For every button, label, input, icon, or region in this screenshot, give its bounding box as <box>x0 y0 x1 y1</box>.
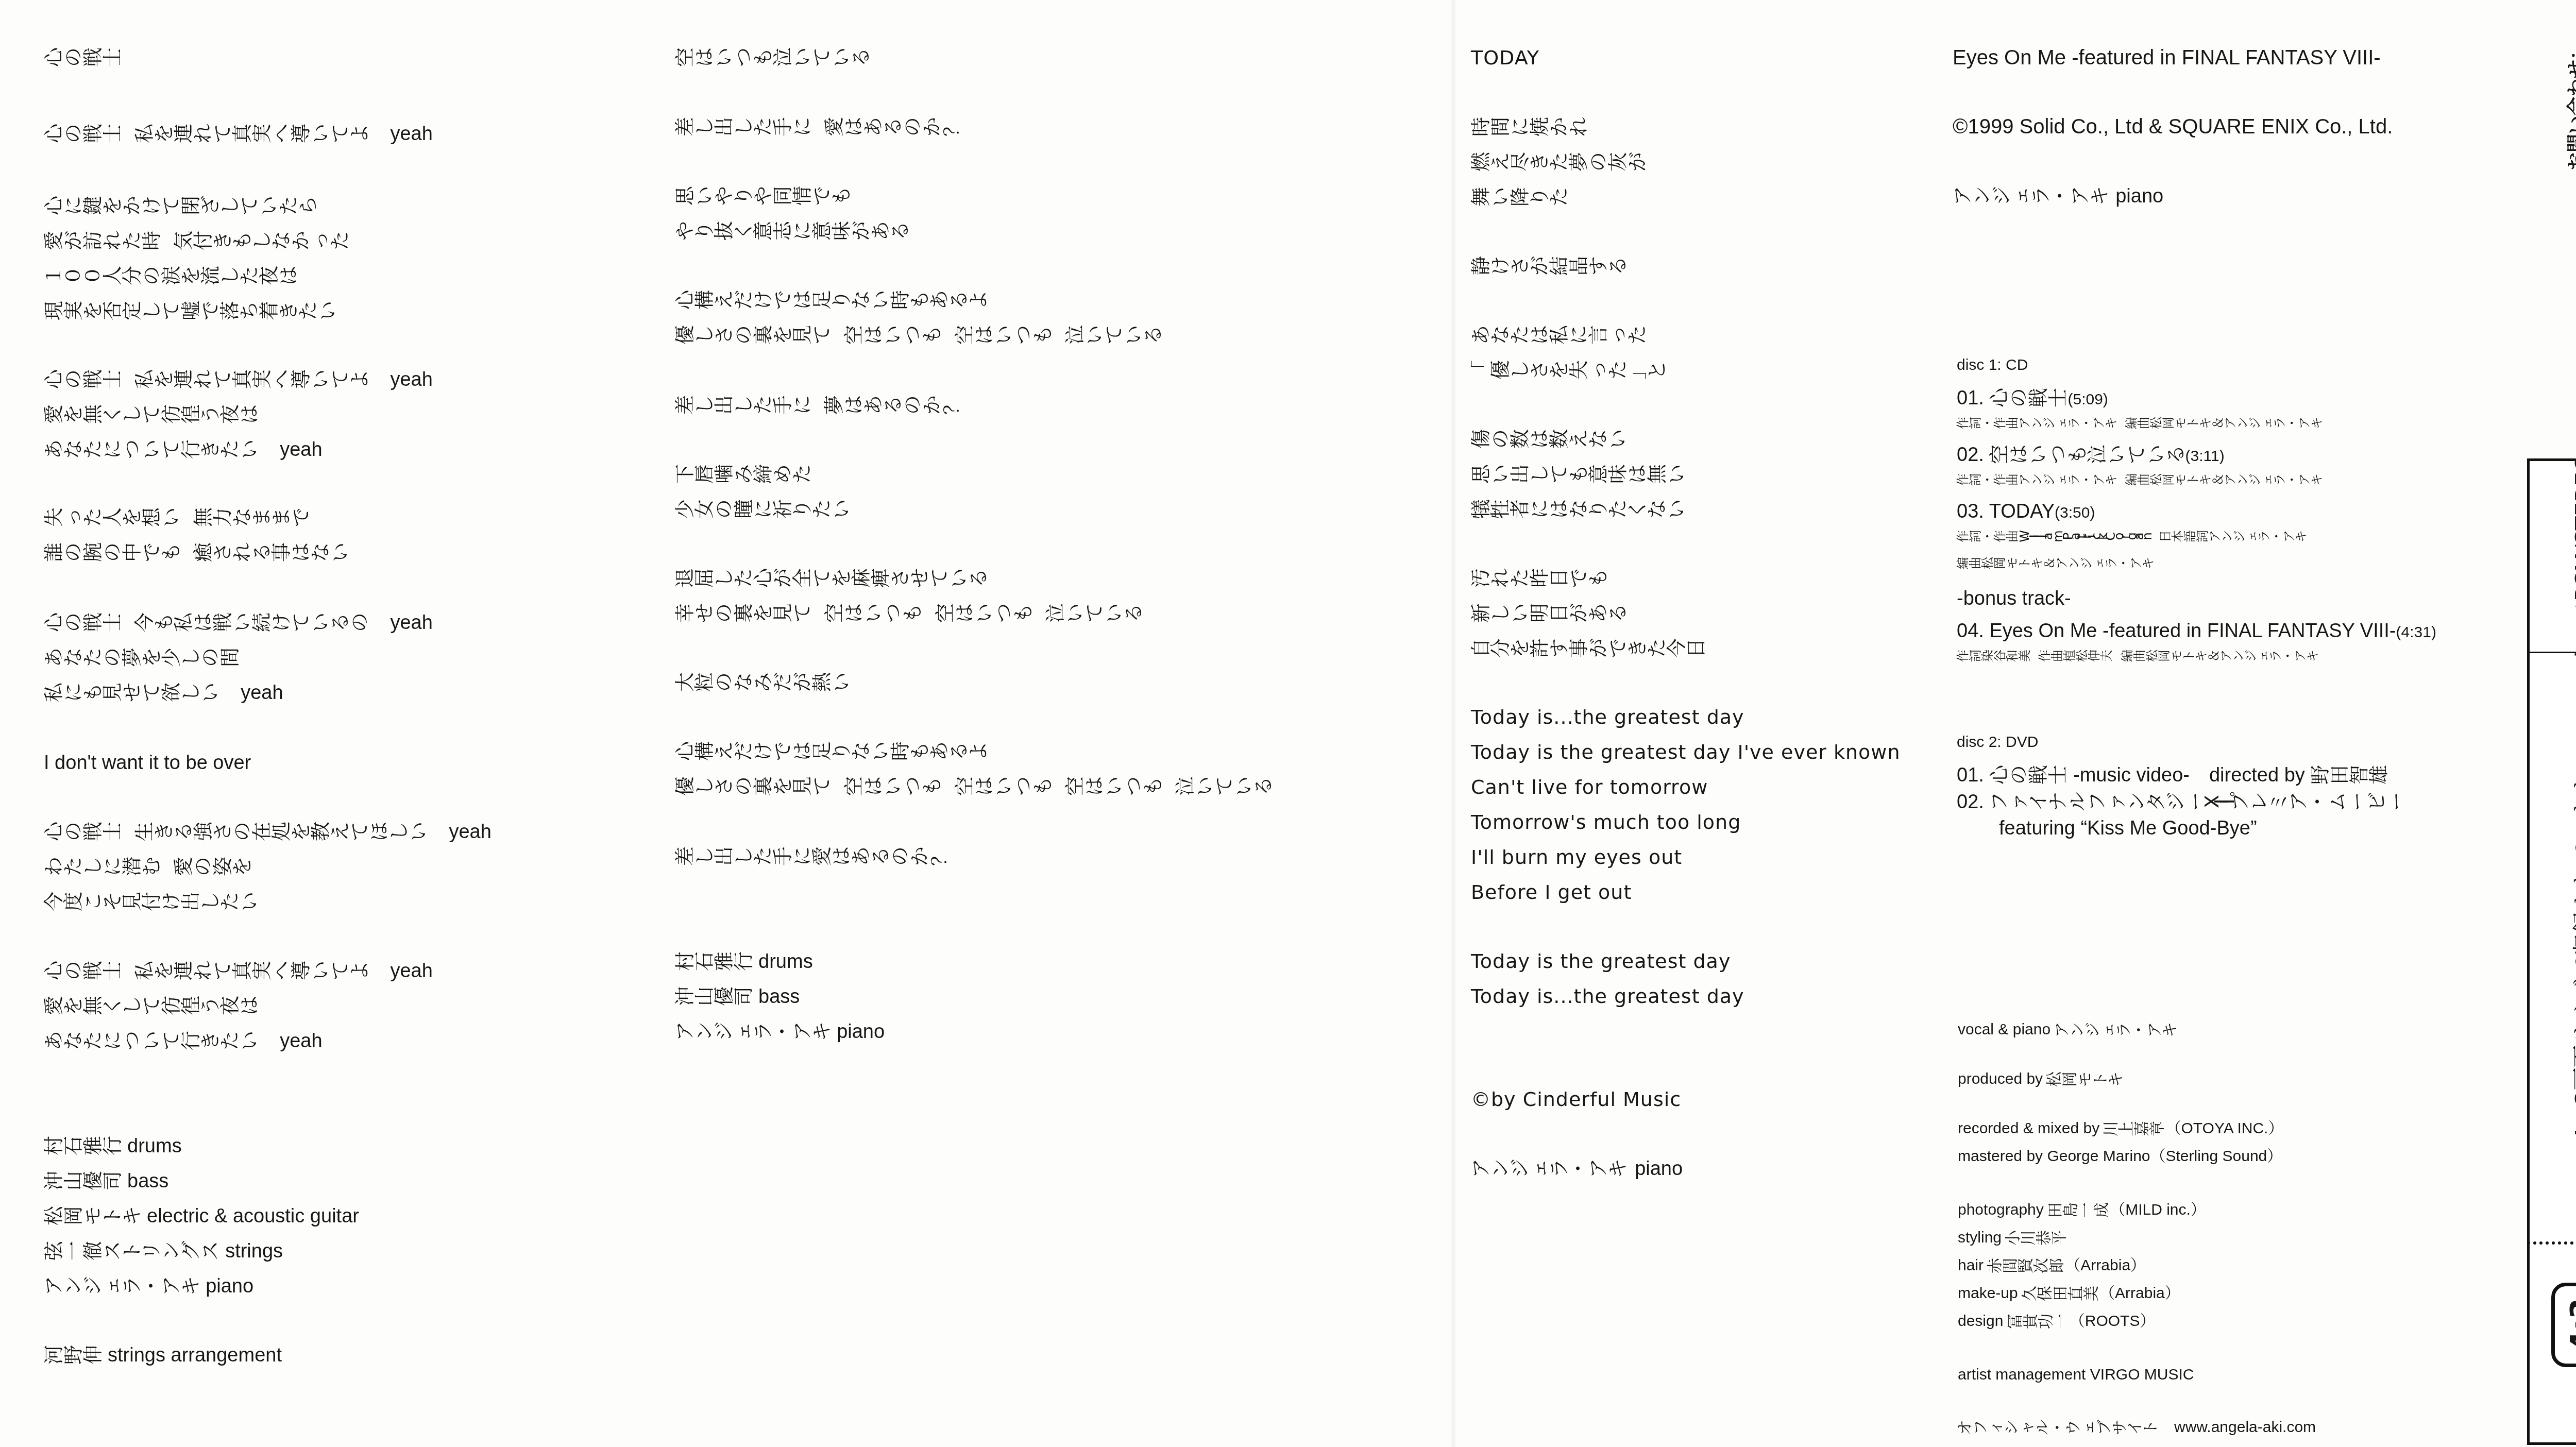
lyric-line-en: I'll burn my eyes out <box>1471 845 1682 870</box>
lyric-jp: 少女の瞳に祈りたい <box>675 497 851 521</box>
track-item: 03. TODAY(3:50) <box>1957 499 2095 524</box>
today-credit: アンジェラ・アキpiano <box>1471 1156 1683 1181</box>
lyric-line: 大粒のなみだが熱い <box>675 670 851 694</box>
lyric-jp: 傷の数は数えない <box>1471 427 1628 451</box>
staff-name: 川上嘉章 <box>2104 1119 2165 1138</box>
musician-credit: 村石雅行drums <box>44 1133 182 1159</box>
lyric-jp: 差し出した手に 愛はあるのか？ <box>675 114 961 139</box>
track-credit-text: 作詞 染谷和美 作曲 植松伸夫 編曲 松岡モトキ＆アンジェラ・アキ <box>1957 648 2319 663</box>
track-item: 04. Eyes On Me -featured in FINAL FANTAS… <box>1957 618 2436 643</box>
musician-role: bass <box>758 986 800 1008</box>
track-number: 02. <box>1957 791 1989 813</box>
lyric-line: 優しさの裏を見て 空はいつも 空はいつも 空はいつも 泣いている <box>675 774 1273 798</box>
dvd-spec-panel: リニアPCM/STEREO 4：3画面サイズで収録されています。 4:3 ●この… <box>2519 458 2576 1447</box>
musician-name: 村石雅行 <box>44 1133 122 1158</box>
dvd-track-subtitle: -music video- directed by <box>2067 764 2310 786</box>
lyric-line: 心の戦士 生きる強さの在処を教えてほしいyeah <box>44 819 492 844</box>
track-duration: (4:31) <box>2396 624 2436 641</box>
track-number: 01. <box>1957 764 1989 786</box>
staff-name: オフィシャル・ウェブサイト <box>1958 1418 2159 1437</box>
lyric-jp: 思い出しても意味は無い <box>1471 462 1686 486</box>
musician-role: drums <box>127 1135 182 1157</box>
today-copyright: ©by Cinderful Music <box>1471 1087 1681 1112</box>
track-title: TODAY <box>1989 501 2055 522</box>
lyric-jp: 愛が訪れた時 気付きもしなかった <box>44 228 350 253</box>
musician-credit: 河野伸strings arrangement <box>44 1342 282 1368</box>
track-credit: 編曲 松岡モトキ＆アンジェラ・アキ <box>1957 555 2155 571</box>
song-title-today: TODAY <box>1471 45 1539 70</box>
credit-role: piano <box>1635 1158 1683 1180</box>
lyric-line: 時間に焼かれ <box>1471 114 1588 139</box>
lyric-jp: 優しさの裏を見て 空はいつも 空はいつも 空はいつも 泣いている <box>675 774 1273 798</box>
musician-credit: 弦一徹ストリングスstrings <box>44 1238 283 1264</box>
lyric-jp: 時間に焼かれ <box>1471 114 1588 139</box>
lyric-jp: 幸せの裏を見て 空はいつも 空はいつも 泣いている <box>675 601 1143 625</box>
lyric-jp: 愛を無くして彷徨う夜は <box>44 402 259 427</box>
disc1-label: disc 1: CD <box>1957 355 2028 375</box>
lyric-jp: 大粒のなみだが熱い <box>675 670 851 694</box>
lyric-line: １００人分の涙を流した夜は <box>44 263 298 288</box>
track-duration: (3:11) <box>2185 448 2225 465</box>
musician-name: アンジェラ・アキ <box>675 1019 832 1044</box>
staff-role: make-up <box>1958 1285 2022 1302</box>
lyric-line: 差し出した手に愛はあるのか？ <box>675 844 949 869</box>
track-title: 空はいつも泣いている <box>1989 442 2185 467</box>
lyric-line-en: Can't live for tomorrow <box>1471 775 1708 799</box>
musician-name: 河野伸 <box>44 1342 103 1367</box>
lyric-jp: 燃え尽きた夢の灰が <box>1471 149 1647 174</box>
lyric-yeah: yeah <box>390 123 432 145</box>
staff-role: artist management VIRGO MUSIC <box>1958 1366 2194 1383</box>
lyric-jp: 心構えだけでは足りない時もあるよ <box>675 287 988 312</box>
lyric-line: 「優しさを失った」と <box>1471 358 1667 382</box>
lyric-line: 心の戦士 私を連れて真実へ導いてよyeah <box>44 367 433 392</box>
lyric-line-en: Today is the greatest day I've ever know… <box>1471 740 1901 764</box>
lyric-line: 空はいつも泣いている <box>675 45 871 70</box>
lyric-line: 心の戦士 今も私は戦い続けているのyeah <box>44 610 433 635</box>
lyric-jp: 思いやりや同情でも <box>675 183 851 208</box>
lyric-jp: 心構えだけでは足りない時もあるよ <box>675 739 988 763</box>
musician-name: 弦一徹ストリングス <box>44 1238 220 1263</box>
lyric-line: あなたについて行きたいyeah <box>44 1028 323 1053</box>
director-name: 野田智雄 <box>2310 762 2388 787</box>
musician-credit: 村石雅行drums <box>675 949 813 974</box>
staff-credit: design 冨貴功一（ROOTS） <box>1958 1312 2155 1331</box>
lyric-line: 思いやりや同情でも <box>675 183 851 208</box>
eyes-on-me-credit: アンジェラ・アキ piano <box>1953 183 2163 209</box>
credit-name: アンジェラ・アキ <box>1953 183 2109 208</box>
dvd-track-item: 01. 心の戦士 -music video- directed by 野田智雄 <box>1957 762 2388 788</box>
staff-credit: mastered by George Marino（Sterling Sound… <box>1958 1147 2282 1166</box>
track-duration: (5:09) <box>2067 391 2108 408</box>
eyes-on-me-copyright: ©1999 Solid Co., Ltd & SQUARE ENIX Co., … <box>1953 114 2393 139</box>
staff-credit: オフィシャル・ウェブサイトwww.angela-aki.com <box>1958 1418 2316 1437</box>
lyric-line: 犠牲者にはなりたくない <box>1471 497 1686 521</box>
lyric-jp: 心の戦士 今も私は戦い続けているの <box>44 610 369 635</box>
staff-affiliation: （ROOTS） <box>2070 1313 2156 1330</box>
lyric-jp: 愛を無くして彷徨う夜は <box>44 993 259 1018</box>
musician-role: piano <box>837 1021 885 1043</box>
staff-credit: styling 小川恭平 <box>1958 1228 2067 1248</box>
lyric-line: 差し出した手に 愛はあるのか？ <box>675 114 961 139</box>
bonus-track-label: -bonus track- <box>1957 586 2071 611</box>
musician-role: piano <box>206 1275 253 1297</box>
lyric-yeah: yeah <box>280 439 322 461</box>
lyric-jp: 優しさの裏を見て 空はいつも 空はいつも 泣いている <box>675 322 1163 347</box>
lyric-line-en: Tomorrow's much too long <box>1471 810 1741 835</box>
lyric-line: 傷の数は数えない <box>1471 427 1628 451</box>
lyric-line: I don't want it to be over <box>44 750 251 775</box>
lyric-line: 心構えだけでは足りない時もあるよ <box>675 287 988 312</box>
staff-role: styling <box>1958 1229 2006 1246</box>
musician-credit: アンジェラ・アキpiano <box>44 1273 253 1299</box>
track-credit-text: 作詞・作曲 アンジェラ・アキ 編曲 松岡モトキ＆アンジェラ・アキ <box>1957 415 2323 431</box>
musician-name: 沖山優司 <box>675 984 753 1009</box>
staff-credit: produced by 松岡モトキ <box>1958 1069 2124 1089</box>
lyric-jp: 私にも見せて欲しい <box>44 680 220 705</box>
lyric-jp: あなたについて行きたい <box>44 1028 259 1053</box>
staff-role: vocal & piano <box>1958 1021 2055 1038</box>
musician-credit: 松岡モトキelectric & acoustic guitar <box>44 1203 359 1229</box>
track-credit: 作詞・作曲 アンジェラ・アキ 編曲 松岡モトキ＆アンジェラ・アキ <box>1957 415 2323 431</box>
musician-credit: 沖山優司bass <box>44 1168 168 1194</box>
lyric-jp: 下唇噛み締めた <box>675 462 812 486</box>
musician-role: strings arrangement <box>108 1344 282 1366</box>
staff-affiliation: （MILD inc.） <box>2110 1201 2206 1218</box>
track-number: 01. <box>1957 387 1989 409</box>
lyric-line: 愛を無くして彷徨う夜は <box>44 993 259 1018</box>
lyric-jp: 心の戦士 私を連れて真実へ導いてよ <box>44 121 369 146</box>
booklet-fold-crease <box>1450 0 1456 1447</box>
lyric-en: I don't want it to be over <box>44 752 251 774</box>
lyric-line: 現実を否定して嘘で落ち着きたい <box>44 298 337 323</box>
track-title: 04. Eyes On Me -featured in FINAL FANTAS… <box>1957 620 2396 642</box>
musician-name: アンジェラ・アキ <box>44 1273 200 1298</box>
lyric-line: あなたの夢を少しの間 <box>44 645 240 670</box>
dvd-track-title: 心の戦士 <box>1989 762 2067 787</box>
lyric-jp: あなたは私に言った <box>1471 322 1647 347</box>
lyric-line: 静けさが結晶する <box>1471 253 1628 278</box>
lyric-line-en: Before I get out <box>1471 880 1632 905</box>
staff-credit: photography 田島一成（MILD inc.） <box>1958 1200 2206 1220</box>
lyric-line-en: Today is the greatest day <box>1471 949 1731 974</box>
lyric-line: 退屈した心が全てを麻痺させている <box>675 566 988 590</box>
track-credit-text: 編曲 松岡モトキ＆アンジェラ・アキ <box>1957 555 2155 571</box>
aspect-ratio-text: 4：3画面サイズで収録されています。 <box>2566 754 2576 1142</box>
lyric-line: 差し出した手に 夢はあるのか？ <box>675 393 961 417</box>
musician-role: electric & acoustic guitar <box>147 1205 359 1227</box>
musician-role: drums <box>758 951 813 973</box>
musician-role: bass <box>127 1170 168 1192</box>
lyric-line: 自分を許す事ができた今日 <box>1471 636 1706 660</box>
lyric-jp: 汚れた昨日でも <box>1471 566 1608 590</box>
track-title: 心の戦士 <box>1989 385 2067 410</box>
lyric-yeah: yeah <box>280 1030 322 1052</box>
lyric-line: 誰の腕の中でも 癒される事はない <box>44 540 350 565</box>
track-item: 01. 心の戦士(5:09) <box>1957 385 2108 411</box>
track-item: 02. 空はいつも泣いている(3:11) <box>1957 442 2225 467</box>
lyric-jp: 心の戦士 生きる強さの在処を教えてほしい <box>44 819 428 844</box>
lyric-jp: 舞い降りた <box>1471 184 1569 209</box>
lyric-line: 汚れた昨日でも <box>1471 566 1608 590</box>
lyric-jp: 心の戦士 <box>44 45 122 70</box>
staff-role: photography <box>1958 1201 2048 1218</box>
staff-affiliation: www.angela-aki.com <box>2174 1419 2316 1436</box>
lyric-line: あなたは私に言った <box>1471 322 1647 347</box>
lyric-line: 今度こそ見付け出したい <box>44 889 259 914</box>
staff-role: produced by <box>1958 1070 2047 1087</box>
audio-format-label: リニアPCM/STEREO <box>2566 454 2576 669</box>
lyric-yeah: yeah <box>390 369 432 390</box>
musician-credit: アンジェラ・アキpiano <box>675 1019 885 1044</box>
staff-name: 冨貴功一 <box>2008 1312 2070 1331</box>
staff-name: 田島一成 <box>2048 1200 2110 1220</box>
staff-credit: artist management VIRGO MUSIC <box>1958 1365 2194 1385</box>
lyric-line: 燃え尽きた夢の灰が <box>1471 149 1647 174</box>
lyric-line: 失った人を想い 無力なままで <box>44 505 311 530</box>
musician-name: 沖山優司 <box>44 1168 122 1193</box>
contact-label: お問い合わせ： <box>2568 41 2576 171</box>
staff-role: hair <box>1958 1257 1988 1274</box>
lyric-yeah: yeah <box>390 612 432 634</box>
lyric-line: 心構えだけでは足りない時もあるよ <box>675 739 988 763</box>
lyric-line: 少女の瞳に祈りたい <box>675 497 851 521</box>
lyric-jp: １００人分の涙を流した夜は <box>44 263 298 288</box>
lyric-jp: わたしに潜む 愛の姿を <box>44 854 252 879</box>
lyric-line: 私にも見せて欲しいyeah <box>44 680 283 705</box>
staff-credit: vocal & piano アンジェラ・アキ <box>1958 1020 2178 1040</box>
lyric-line: 幸せの裏を見て 空はいつも 空はいつも 泣いている <box>675 601 1143 625</box>
lyric-line-en: Today is...the greatest day <box>1471 705 1744 729</box>
lyric-line: 下唇噛み締めた <box>675 462 812 486</box>
staff-name: 小川恭平 <box>2006 1228 2067 1248</box>
lyric-jp: 失った人を想い 無力なままで <box>44 505 311 530</box>
disc2-label: disc 2: DVD <box>1957 733 2038 752</box>
staff-affiliation: （Arrabia） <box>2065 1257 2146 1274</box>
staff-role: mastered by George Marino（Sterling Sound… <box>1958 1148 2282 1165</box>
lyric-line: 心の戦士 私を連れて真実へ導いてよyeah <box>44 121 433 146</box>
lyric-yeah: yeah <box>241 682 283 704</box>
staff-credit: hair 赤間賢次郎（Arrabia） <box>1958 1256 2146 1275</box>
lyric-line: わたしに潜む 愛の姿を <box>44 854 252 879</box>
dvd-track-title: ファイナルファンタジーXII プレミア・ムービー <box>1989 789 2406 814</box>
track-number: 02. <box>1957 444 1989 466</box>
aspect-ratio-badge: 4:3 <box>2551 1283 2576 1367</box>
track-number: 03. <box>1957 501 1989 522</box>
dvd-track-featuring: featuring “Kiss Me Good-Bye” <box>1999 816 2257 841</box>
staff-credit: make-up 久保田直美（Arrabia） <box>1958 1284 2180 1303</box>
format-divider-dotted <box>2527 1241 2576 1245</box>
lyric-jp: 心の戦士 私を連れて真実へ導いてよ <box>44 958 369 983</box>
lyric-jp: 心の戦士 私を連れて真実へ導いてよ <box>44 367 369 391</box>
lyric-jp: 新しい明日がある <box>1471 601 1628 625</box>
credit-role: piano <box>2115 185 2163 207</box>
musician-credit: 沖山優司bass <box>675 984 800 1009</box>
staff-name: 松岡モトキ <box>2047 1069 2124 1089</box>
lyric-line: 心の戦士 <box>44 45 122 70</box>
staff-credit: recorded & mixed by 川上嘉章（OTOYA INC.） <box>1958 1119 2283 1138</box>
lyric-jp: 「優しさを失った」と <box>1471 358 1667 382</box>
lyric-jp: 今度こそ見付け出したい <box>44 889 259 914</box>
staff-name: 久保田直美 <box>2022 1284 2099 1303</box>
staff-role: design <box>1958 1313 2008 1330</box>
credit-name: アンジェラ・アキ <box>1471 1156 1628 1181</box>
staff-role: recorded & mixed by <box>1958 1120 2104 1137</box>
staff-name: アンジェラ・アキ <box>2055 1020 2178 1040</box>
lyric-line: 心に鍵をかけて閉ざしていたら <box>44 193 318 218</box>
musician-role: strings <box>225 1240 283 1262</box>
lyric-line-en: Today is...the greatest day <box>1471 984 1744 1009</box>
track-duration: (3:50) <box>2055 504 2095 521</box>
lyric-jp: 静けさが結晶する <box>1471 253 1628 278</box>
lyric-line: 思い出しても意味は無い <box>1471 462 1686 486</box>
staff-affiliation: （OTOYA INC.） <box>2165 1120 2283 1137</box>
track-credit: 作詞 染谷和美 作曲 植松伸夫 編曲 松岡モトキ＆アンジェラ・アキ <box>1957 648 2319 663</box>
dvd-track-item: 02. ファイナルファンタジーXII プレミア・ムービー <box>1957 789 2406 814</box>
lyric-jp: 誰の腕の中でも 癒される事はない <box>44 540 350 565</box>
lyric-line: 心の戦士 私を連れて真実へ導いてよyeah <box>44 958 433 983</box>
lyric-jp: あなたの夢を少しの間 <box>44 645 240 670</box>
lyric-jp: 犠牲者にはなりたくない <box>1471 497 1686 521</box>
track-credit-text: 作詞・作曲 William Patrick Corgan 日本語詞 アンジェラ・… <box>1957 529 2308 544</box>
lyric-jp: やり抜く意志に意味がある <box>675 218 910 243</box>
lyric-line: 愛を無くして彷徨う夜は <box>44 402 259 427</box>
lyric-line: 優しさの裏を見て 空はいつも 空はいつも 泣いている <box>675 322 1163 347</box>
track-credit-text: 作詞・作曲 アンジェラ・アキ 編曲 松岡モトキ＆アンジェラ・アキ <box>1957 472 2323 487</box>
lyric-line: あなたについて行きたいyeah <box>44 437 323 462</box>
lyric-jp: 現実を否定して嘘で落ち着きたい <box>44 298 337 323</box>
lyric-line: 舞い降りた <box>1471 184 1569 209</box>
lyric-jp: 差し出した手に 夢はあるのか？ <box>675 393 961 417</box>
lyric-yeah: yeah <box>449 821 491 843</box>
track-credit: 作詞・作曲 William Patrick Corgan 日本語詞 アンジェラ・… <box>1957 529 2308 544</box>
musician-name: 松岡モトキ <box>44 1203 142 1228</box>
track-credit: 作詞・作曲 アンジェラ・アキ 編曲 松岡モトキ＆アンジェラ・アキ <box>1957 472 2323 487</box>
lyric-yeah: yeah <box>390 960 432 982</box>
song-title-eyes-on-me: Eyes On Me -featured in FINAL FANTASY VI… <box>1953 45 2381 70</box>
lyric-line: 新しい明日がある <box>1471 601 1628 625</box>
lyric-jp: 自分を許す事ができた今日 <box>1471 636 1706 660</box>
lyric-line: やり抜く意志に意味がある <box>675 218 910 243</box>
musician-name: 村石雅行 <box>675 949 753 974</box>
staff-name: 赤間賢次郎 <box>1988 1256 2065 1275</box>
lyric-jp: 空はいつも泣いている <box>675 45 871 70</box>
lyric-line: 愛が訪れた時 気付きもしなかった <box>44 228 350 253</box>
lyric-jp: 退屈した心が全てを麻痺させている <box>675 566 988 590</box>
lyric-jp: あなたについて行きたい <box>44 437 259 462</box>
staff-affiliation: （Arrabia） <box>2099 1285 2180 1302</box>
lyric-jp: 差し出した手に愛はあるのか？ <box>675 844 949 869</box>
lyric-jp: 心に鍵をかけて閉ざしていたら <box>44 193 318 218</box>
